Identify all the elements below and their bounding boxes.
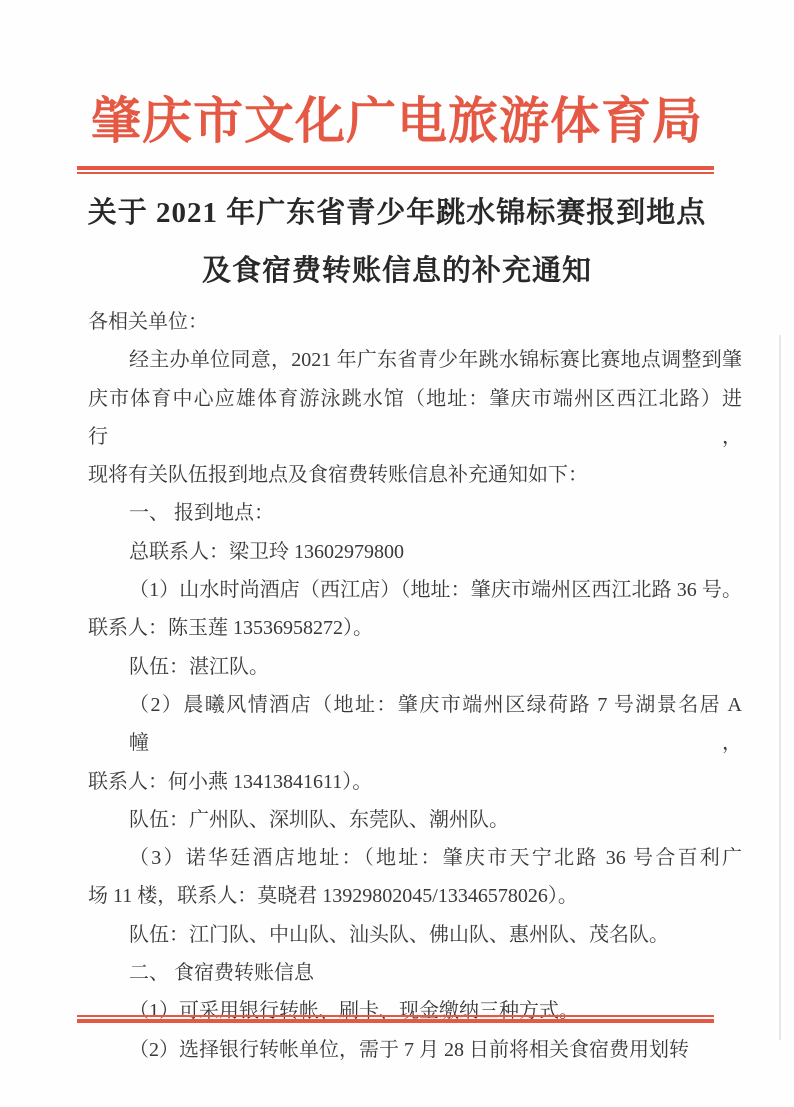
body-line: 联系人：陈玉莲 13536958272）。 <box>88 609 742 647</box>
body-line: （1）山水时尚酒店（西江店）（地址：肇庆市端州区西江北路 36 号。 <box>88 571 742 609</box>
scan-edge-artifact <box>779 335 781 1040</box>
body-line: （3）诺华廷酒店地址：（地址：肇庆市天宁北路 36 号合百利广 <box>88 839 742 877</box>
document-title-line2: 及食宿费转账信息的补充通知 <box>0 242 794 300</box>
body-line: （1）可采用银行转帐、刷卡、现金缴纳三种方式。 <box>88 992 742 1030</box>
body-line: 总联系人：梁卫玲 13602979800 <box>88 533 742 571</box>
document-body: 各相关单位：经主办单位同意，2021 年广东省青少年跳水锦标赛比赛地点调整到肇庆… <box>88 303 742 1069</box>
body-line: 二、 食宿费转账信息 <box>88 954 742 992</box>
footer-separator-rule <box>77 1015 714 1023</box>
body-line: 庆市体育中心应雄体育游泳跳水馆（地址：肇庆市端州区西江北路）进行， <box>88 380 742 457</box>
document-title: 关于 2021 年广东省青少年跳水锦标赛报到地点 及食宿费转账信息的补充通知 <box>0 184 794 300</box>
body-line: 队伍：广州队、深圳队、东莞队、潮州队。 <box>88 801 742 839</box>
body-line: 队伍：湛江队。 <box>88 648 742 686</box>
body-line: 各相关单位： <box>88 303 742 341</box>
document-title-line1: 关于 2021 年广东省青少年跳水锦标赛报到地点 <box>0 184 794 242</box>
body-line: 联系人：何小燕 13413841611）。 <box>88 763 742 801</box>
body-line: （2）选择银行转帐单位，需于 7 月 28 日前将相关食宿费用划转 <box>88 1031 742 1069</box>
body-line: 经主办单位同意，2021 年广东省青少年跳水锦标赛比赛地点调整到肇 <box>88 341 742 379</box>
body-line: 队伍：江门队、中山队、汕头队、佛山队、惠州队、茂名队。 <box>88 916 742 954</box>
body-line: 一、 报到地点： <box>88 494 742 532</box>
document-header-agency-name: 肇庆市文化广电旅游体育局 <box>0 90 794 152</box>
header-separator-rule <box>77 166 714 174</box>
body-line: 场 11 楼，联系人：莫晓君 13929802045/13346578026）。 <box>88 877 742 915</box>
body-line: （2）晨曦风情酒店（地址：肇庆市端州区绿荷路 7 号湖景名居 A 幢， <box>88 686 742 763</box>
body-line: 现将有关队伍报到地点及食宿费转账信息补充通知如下： <box>88 456 742 494</box>
official-document-page: 肇庆市文化广电旅游体育局 关于 2021 年广东省青少年跳水锦标赛报到地点 及食… <box>0 0 794 1107</box>
